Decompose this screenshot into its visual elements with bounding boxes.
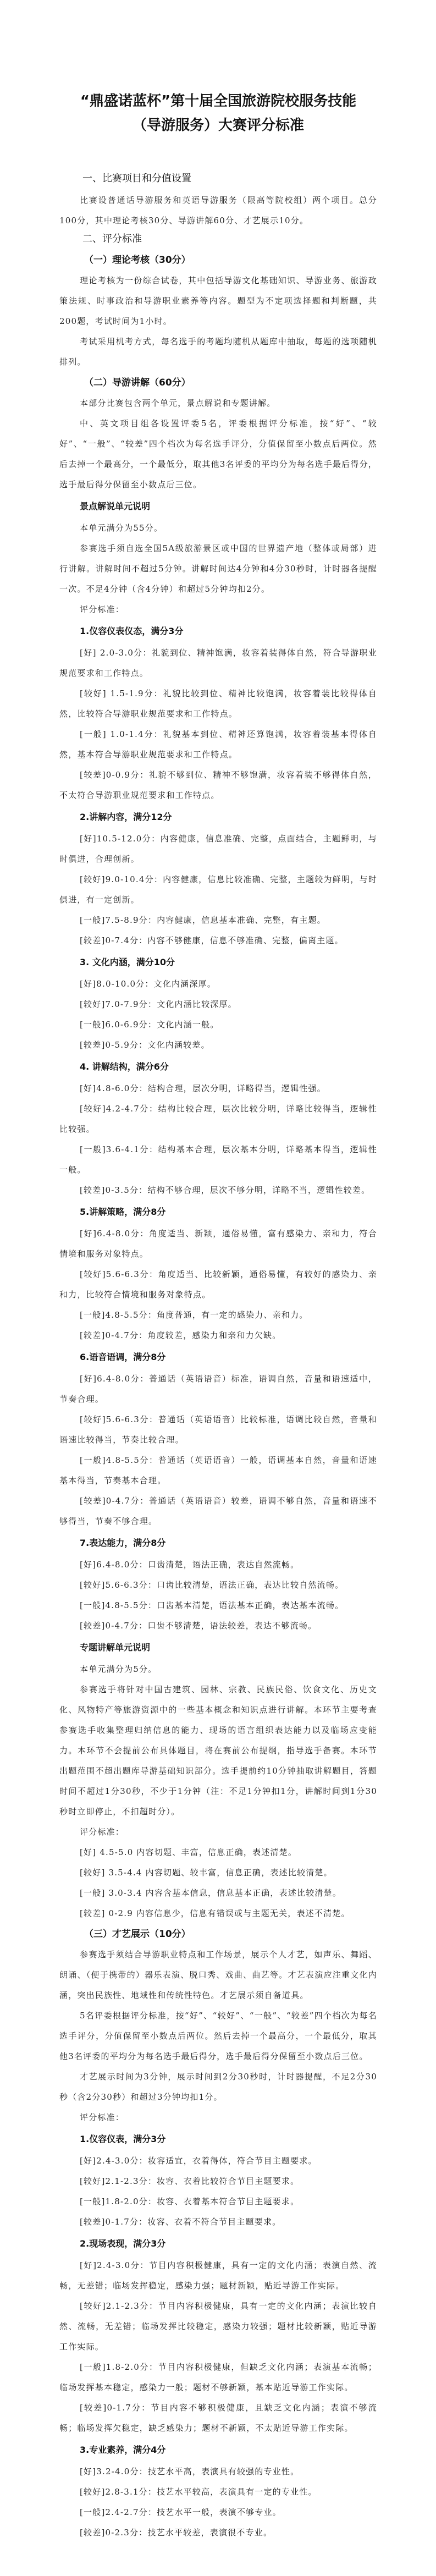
level-average: [一般] 3.0-3.4 内容含基本信息，信息基本正确，表述比较清楚。 [59, 1883, 377, 1903]
criterion: 4. 讲解结构，满分6分 [好]4.8-6.0分：结构合理，层次分明，详略得当，… [59, 1058, 377, 1201]
level-fairly-good: [较好]2.1-2.3分：节目内容积极健康，具有一定的文化内涵；表演比较自然、流… [59, 2296, 377, 2357]
level-average: [一般]6.0-6.9分：文化内涵一般。 [59, 1015, 377, 1035]
level-good: [好]2.4-3.0分：妆容适宜，衣着得体，符合节目主题要求。 [59, 2151, 377, 2171]
document-title: “鼎盛诺蓝杯”第十届全国旅游院校服务技能 （导游服务）大赛评分标准 [59, 89, 377, 137]
section-scoring-standards: 二、评分标准 （一）理论考核（30分） 理论考核为一份综合试卷，其中包括导游文化… [59, 231, 377, 2543]
criteria-label: 评分标准： [59, 2107, 377, 2128]
criterion-heading: 5.讲解策略，满分8分 [59, 1203, 377, 1221]
criterion: 7.表达能力，满分8分 [好]6.4-8.0分：口齿清楚，语法正确，表达自然流畅… [59, 1534, 377, 1636]
criterion: 1.仪容仪表仪态，满分3分 [好] 2.0-3.0分：礼貌到位、精神饱满，妆容着… [59, 622, 377, 806]
level-fairly-good: [较好]9.0-10.4分：内容健康，信息比较准确、完整，主题较为鲜明，与时俱进… [59, 869, 377, 910]
criterion: 1.仪容仪表，满分3分 [好]2.4-3.0分：妆容适宜，衣着得体，符合节目主题… [59, 2130, 377, 2232]
level-average: [一般]4.8-5.5分：角度普通，有一定的感染力、亲和力。 [59, 1305, 377, 1325]
level-good: [好] 4.5-5.0 内容切题、丰富，信息正确，表述清楚。 [59, 1842, 377, 1863]
level-poor: [较差] 0-2.9 内容信息少，信息有错误或与主题无关，表述不清楚。 [59, 1903, 377, 1924]
level-average: [一般]3.6-4.1分：结构基本合理，层次基本分明，详略基本得当，逻辑性一般。 [59, 1140, 377, 1180]
level-fairly-good: [较好]5.6-6.3分：口齿比较清楚，语法正确，表达比较自然流畅。 [59, 1575, 377, 1595]
document-page: “鼎盛诺蓝杯”第十届全国旅游院校服务技能 （导游服务）大赛评分标准 一、比赛项目… [0, 0, 436, 2576]
level-fairly-good: [较好]2.8-3.1分：技艺水平较高，表演具有一定的专业性。 [59, 2482, 377, 2502]
subsection-heading: （三）才艺展示（10分） [59, 1925, 377, 1944]
level-good: [好]8.0-10.0分：文化内涵深厚。 [59, 974, 377, 994]
level-average: [一般]1.8-2.0分：节目内容积极健康，但缺乏文化内涵；表演基本流畅；临场发… [59, 2357, 377, 2398]
level-average: [一般]4.8-5.5分：普通话（英语语音）一般，语调基本自然，音量和语速基本得… [59, 1450, 377, 1491]
paragraph: 本单元满分为55分。 [59, 518, 377, 538]
criterion-heading: 4. 讲解结构，满分6分 [59, 1058, 377, 1076]
criterion: 2.讲解内容，满分12分 [好]10.5-12.0分：内容健康，信息准确、完整，… [59, 808, 377, 951]
level-good: [好]6.4-8.0分：普通话（英语语音）标准，语调自然，音量和语速适中，节奏合… [59, 1369, 377, 1410]
scenic-unit: 景点解说单元说明 本单元满分为55分。 参赛选手须自选全国5A级旅游景区或中国的… [59, 497, 377, 1636]
level-average: [一般]1.8-2.0分：妆容、衣着基本符合节目主题要求。 [59, 2192, 377, 2212]
section-competition-items: 一、比赛项目和分值设置 比赛设普通话导游服务和英语导游服务（限高等院校组）两个项… [59, 170, 377, 231]
level-good: [好]3.2-4.0分：技艺水平高，表演具有较强的专业性。 [59, 2462, 377, 2482]
level-good: [好] 2.0-3.0分：礼貌到位、精神饱满，妆容着装得体自然，符合导游职业规范… [59, 643, 377, 684]
paragraph: 参赛选手须自选全国5A级旅游景区或中国的世界遗产地（整体或局部）进行讲解。讲解时… [59, 538, 377, 599]
criterion-heading: 3.专业素养，满分4分 [59, 2441, 377, 2459]
level-average: [一般]2.4-2.7分：技艺水平一般，表演不够专业。 [59, 2502, 377, 2523]
subsection-guide-explanation: （二）导游讲解（60分） 本部分比赛包含两个单元，景点解说和专题讲解。 中、英文… [59, 373, 377, 1924]
level-fairly-good: [较好]5.6-6.3分：普通话（英语语音）比较标准，语调比较自然，音量和语速比… [59, 1410, 377, 1450]
level-fairly-good: [较好] 1.5-1.9分：礼貌比较到位、精神比较饱满，妆容着装比较得体自然，比… [59, 684, 377, 724]
subsection-heading: （二）导游讲解（60分） [59, 373, 377, 392]
criteria-label: 评分标准： [59, 599, 377, 620]
level-poor: [较差]0-1.7分：节目内容不够积极健康，且缺乏文化内涵；表演不够流畅；临场发… [59, 2398, 377, 2439]
criterion-heading: 3. 文化内涵，满分10分 [59, 953, 377, 972]
paragraph: 参赛选手将针对中国古建筑、园林、宗教、民族民俗、饮食文化、历史文化、风物特产等旅… [59, 1680, 377, 1822]
level-good: [好]6.4-8.0分：角度适当、新颖，通俗易懂，富有感染力、亲和力，符合情境和… [59, 1224, 377, 1264]
paragraph: 参赛选手须结合导游职业特点和工作场景，展示个人才艺，如声乐、舞蹈、朗诵、（便于携… [59, 1945, 377, 2006]
criterion: 6.语音语调，满分8分 [好]6.4-8.0分：普通话（英语语音）标准，语调自然… [59, 1348, 377, 1532]
level-good: [好]10.5-12.0分：内容健康，信息准确、完整，点面结合，主题鲜明，与时俱… [59, 829, 377, 869]
criterion: 2.现场表现，满分3分 [好]2.4-3.0分：节目内容积极健康，具有一定的文化… [59, 2234, 377, 2439]
topic-unit: 专题讲解单元说明 本单元满分为5分。 参赛选手将针对中国古建筑、园林、宗教、民族… [59, 1638, 377, 1924]
paragraph: 中、英文项目组各设置评委5名，评委根据评分标准，按“好”、“较好”、“一般”、“… [59, 414, 377, 495]
level-average: [一般]7.5-8.9分：内容健康，信息基本准确、完整，有主题。 [59, 910, 377, 931]
level-fairly-good: [较好] 3.5-4.4 内容切题、较丰富，信息正确，表述比较清楚。 [59, 1863, 377, 1883]
level-poor: [较差]0-0.9分：礼貌不够到位、精神不够饱满，妆容着装不够得体自然，不太符合… [59, 765, 377, 806]
subsection-heading: （一）理论考核（30分） [59, 251, 377, 269]
criterion-heading: 7.表达能力，满分8分 [59, 1534, 377, 1553]
level-poor: [较差]0-5.9分：文化内涵较差。 [59, 1035, 377, 1055]
criterion-heading: 1.仪容仪表，满分3分 [59, 2130, 377, 2149]
level-poor: [较差]0-3.5分：结构不够合理，层次不够分明，详略不当，逻辑性较差。 [59, 1180, 377, 1201]
paragraph: 理论考核为一份综合试卷，其中包括导游文化基础知识、导游业务、旅游政策法规、时事政… [59, 271, 377, 332]
level-fairly-good: [较好]2.1-2.3分：妆容、衣着比较符合节目主题要求。 [59, 2171, 377, 2192]
level-poor: [较差]0-4.7分：角度较差，感染力和亲和力欠缺。 [59, 1325, 377, 1346]
paragraph: 5名评委根据评分标准，按“好”、“较好”、“一般”、“较差”四个档次为每名选手评… [59, 2006, 377, 2067]
paragraph: 才艺展示时间为3分钟，展示时间到2分30秒时，计时器提醒，不足2分30秒（含2分… [59, 2067, 377, 2107]
criteria-label: 评分标准： [59, 1822, 377, 1842]
subsection-theory: （一）理论考核（30分） 理论考核为一份综合试卷，其中包括导游文化基础知识、导游… [59, 251, 377, 372]
level-good: [好]4.8-6.0分：结构合理，层次分明，详略得当，逻辑性强。 [59, 1078, 377, 1099]
title-line-2: （导游服务）大赛评分标准 [59, 113, 377, 137]
unit-heading: 景点解说单元说明 [59, 497, 377, 516]
criterion: 5.讲解策略，满分8分 [好]6.4-8.0分：角度适当、新颖，通俗易懂，富有感… [59, 1203, 377, 1346]
paragraph: 考试采用机考方式，每名选手的考题均随机从题库中抽取，每题的选项随机排列。 [59, 332, 377, 372]
criterion-heading: 1.仪容仪表仪态，满分3分 [59, 622, 377, 641]
title-line-1: “鼎盛诺蓝杯”第十届全国旅游院校服务技能 [59, 89, 377, 113]
level-fairly-good: [较好]4.2-4.7分：结构比较合理，层次比较分明，详略比较得当，逻辑性比较强… [59, 1099, 377, 1140]
criterion-heading: 2.现场表现，满分3分 [59, 2234, 377, 2253]
level-poor: [较差]0-1.7分：妆容、衣着不符合节目主题要求。 [59, 2212, 377, 2232]
level-poor: [较差]0-4.7分：口齿不够清楚，语法较差，表达不够流畅。 [59, 1616, 377, 1636]
level-good: [好]6.4-8.0分：口齿清楚，语法正确，表达自然流畅。 [59, 1555, 377, 1575]
level-poor: [较差]0-2.3分：技艺水平较差，表演很不专业。 [59, 2523, 377, 2543]
criterion: 3. 文化内涵，满分10分 [好]8.0-10.0分：文化内涵深厚。 [较好]7… [59, 953, 377, 1055]
criterion-heading: 2.讲解内容，满分12分 [59, 808, 377, 827]
level-fairly-good: [较好]7.0-7.9分：文化内涵比较深厚。 [59, 994, 377, 1015]
subsection-talent-show: （三）才艺展示（10分） 参赛选手须结合导游职业特点和工作场景，展示个人才艺，如… [59, 1925, 377, 2543]
level-average: [一般] 1.0-1.4分：礼貌基本到位、精神还算饱满，妆容着装基本得体自然，基… [59, 724, 377, 765]
unit-heading: 专题讲解单元说明 [59, 1638, 377, 1657]
level-average: [一般]4.8-5.5分：口齿基本清楚，语法基本正确，表达基本流畅。 [59, 1595, 377, 1616]
paragraph: 本单元满分为5分。 [59, 1659, 377, 1680]
paragraph: 比赛设普通话导游服务和英语导游服务（限高等院校组）两个项目。总分100分，其中理… [59, 190, 377, 231]
level-poor: [较差]0-7.4分：内容不够健康，信息不够准确、完整，偏离主题。 [59, 931, 377, 951]
level-good: [好]2.4-3.0分：节目内容积极健康，具有一定的文化内涵；表演自然、流畅，无… [59, 2255, 377, 2296]
criterion-heading: 6.语音语调，满分8分 [59, 1348, 377, 1367]
section-heading: 一、比赛项目和分值设置 [59, 170, 377, 187]
section-heading: 二、评分标准 [59, 231, 377, 247]
level-poor: [较差]0-4.7分：普通话（英语语音）较差，语调不够自然，音量和语速不够得当，… [59, 1491, 377, 1532]
level-fairly-good: [较好]5.6-6.3分：角度适当、比较新颖，通俗易懂，有较好的感染力、亲和力，… [59, 1264, 377, 1305]
paragraph: 本部分比赛包含两个单元，景点解说和专题讲解。 [59, 393, 377, 414]
criterion: 3.专业素养，满分4分 [好]3.2-4.0分：技艺水平高，表演具有较强的专业性… [59, 2441, 377, 2543]
